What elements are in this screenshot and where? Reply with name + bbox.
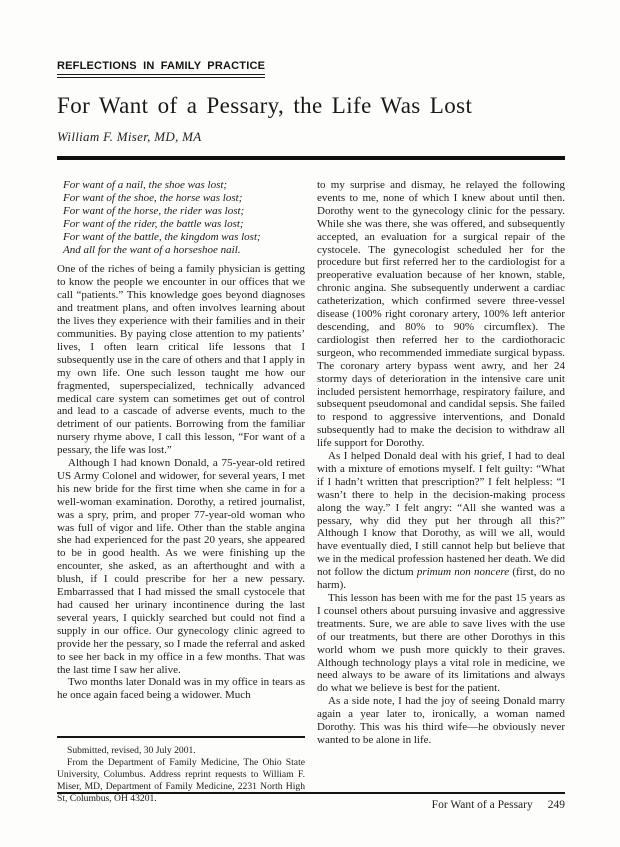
poem-line: For want of the horse, the rider was los… [63,205,305,218]
body-paragraph: to my surprise and dismay, he relayed th… [317,179,565,450]
page-number: 249 [548,799,565,811]
body-paragraph: Two months later Donald was in my office… [57,676,305,702]
article-title: For Want of a Pessary, the Life Was Lost [57,93,565,119]
running-title: For Want of a Pessary [432,799,533,811]
body-paragraph: As I helped Donald deal with his grief, … [317,450,565,592]
poem-line: For want of the rider, the battle was lo… [63,218,305,231]
article-body: For want of a nail, the shoe was lost; F… [57,179,565,805]
poem-line: And all for the want of a horseshoe nail… [63,244,305,257]
body-paragraph: This lesson has been with me for the pas… [317,592,565,695]
author-line: William F. Miser, MD, MA [57,129,565,145]
right-column: to my surprise and dismay, he relayed th… [317,179,565,805]
footnote-submitted: Submitted, revised, 30 July 2001. [57,745,305,757]
poem-line: For want of the shoe, the horse was lost… [63,192,305,205]
body-paragraph: As a side note, I had the joy of seeing … [317,695,565,747]
body-paragraph: Although I had known Donald, a 75-year-o… [57,457,305,676]
paragraph-text: As I helped Donald deal with his grief, … [317,450,565,578]
article-header: REFLECTIONS IN FAMILY PRACTICE For Want … [57,56,565,160]
poem-line: For want of the battle, the kingdom was … [63,231,305,244]
left-column: For want of a nail, the shoe was lost; F… [57,179,305,805]
section-kicker: REFLECTIONS IN FAMILY PRACTICE [57,60,265,78]
page-footer: For Want of a Pessary249 [57,792,565,811]
journal-page: REFLECTIONS IN FAMILY PRACTICE For Want … [0,0,620,847]
latin-dictum: primum non noncere [417,566,509,578]
epigraph-poem: For want of a nail, the shoe was lost; F… [57,179,305,256]
article-content: REFLECTIONS IN FAMILY PRACTICE For Want … [57,56,565,805]
body-paragraph: One of the riches of being a family phys… [57,263,305,457]
poem-line: For want of a nail, the shoe was lost; [63,179,305,192]
header-rule [57,156,565,160]
